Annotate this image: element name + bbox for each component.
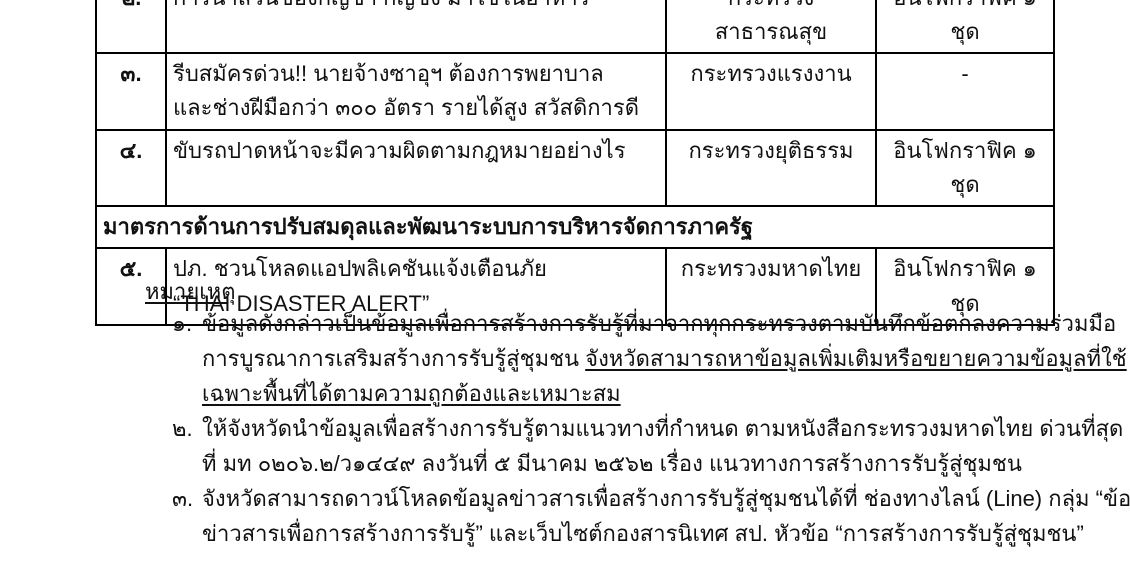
table-row: ๒. การนำส่วนของกัญชา กัญชง มาใช้ในอาหาร … (96, 0, 1054, 53)
ministry-cell: กระทรวงยุติธรรม (666, 130, 876, 206)
topic-line: รีบสมัครด่วน!! นายจ้างซาอุฯ ต้องการพยาบา… (173, 57, 659, 91)
note-line: การบูรณาการเสริมสร้างการรับรู้สู่ชุมชน จ… (202, 341, 1130, 376)
row-number: ๒. (96, 0, 166, 53)
row-number: ๓. (96, 53, 166, 130)
note-line: ข่าวสารเพื่อการสร้างการรับรู้” และเว็บไซ… (202, 516, 1130, 551)
note-line: ให้จังหวัดนำข้อมูลเพื่อสร้างการรับรู้ตาม… (202, 411, 1130, 446)
note-number: ๒. (172, 411, 193, 446)
section-header-row: มาตรการด้านการปรับสมดุลและพัฒนาระบบการบร… (96, 206, 1054, 248)
note-number: ๓. (172, 481, 193, 516)
media-cell: อินโฟกราฟิค ๑ ชุด (876, 130, 1054, 206)
document-page: ๒. การนำส่วนของกัญชา กัญชง มาใช้ในอาหาร … (0, 0, 1130, 580)
note-line: ที่ มท ๐๒๐๖.๒/ว๑๔๔๙ ลงวันที่ ๕ มีนาคม ๒๕… (202, 446, 1130, 481)
note-item: ๒. ให้จังหวัดนำข้อมูลเพื่อสร้างการรับรู้… (172, 411, 1130, 481)
note-item: ๓. จังหวัดสามารถดาวน์โหลดข้อมูลข่าวสารเพ… (172, 481, 1130, 551)
note-text-underlined: จังหวัดสามารถหาข้อมูลเพิ่มเติมหรือขยายคว… (585, 346, 1127, 371)
media-cell: อินโฟกราฟิค ๑ ชุด (876, 0, 1054, 53)
ministry-cell: กระทรวงสาธารณสุข (666, 0, 876, 53)
note-line: ข้อมูลดังกล่าวเป็นข้อมูลเพื่อการสร้างการ… (202, 306, 1130, 341)
note-line: จังหวัดสามารถดาวน์โหลดข้อมูลข่าวสารเพื่อ… (202, 481, 1130, 516)
note-text: การบูรณาการเสริมสร้างการรับรู้สู่ชุมชน (202, 346, 585, 371)
topic-line: ปภ. ชวนโหลดแอปพลิเคชันแจ้งเตือนภัย (173, 252, 659, 286)
note-number: ๑. (172, 306, 192, 341)
table-row: ๓. รีบสมัครด่วน!! นายจ้างซาอุฯ ต้องการพย… (96, 53, 1054, 130)
note-text-underlined: เฉพาะพื้นที่ได้ตามความถูกต้องและเหมาะสม (202, 381, 621, 406)
topic-cell: รีบสมัครด่วน!! นายจ้างซาอุฯ ต้องการพยาบา… (166, 53, 666, 130)
note-item: ๑. ข้อมูลดังกล่าวเป็นข้อมูลเพื่อการสร้าง… (172, 306, 1130, 411)
topic-cell: การนำส่วนของกัญชา กัญชง มาใช้ในอาหาร (166, 0, 666, 53)
media-cell: - (876, 53, 1054, 130)
table-row: ๔. ขับรถปาดหน้าจะมีความผิดตามกฎหมายอย่าง… (96, 130, 1054, 206)
topic-line: ขับรถปาดหน้าจะมีความผิดตามกฎหมายอย่างไร (173, 134, 659, 168)
topic-line: การนำส่วนของกัญชา กัญชง มาใช้ในอาหาร (173, 0, 659, 15)
note-line: เฉพาะพื้นที่ได้ตามความถูกต้องและเหมาะสม (202, 376, 1130, 411)
topic-line: และช่างฝีมือกว่า ๓๐๐ อัตรา รายได้สูง สวั… (173, 91, 659, 125)
ministry-cell: กระทรวงแรงงาน (666, 53, 876, 130)
row-number: ๔. (96, 130, 166, 206)
topic-cell: ขับรถปาดหน้าจะมีความผิดตามกฎหมายอย่างไร (166, 130, 666, 206)
report-table: ๒. การนำส่วนของกัญชา กัญชง มาใช้ในอาหาร … (95, 0, 1055, 326)
section-header: มาตรการด้านการปรับสมดุลและพัฒนาระบบการบร… (96, 206, 1054, 248)
notes-heading: หมายเหตุ (145, 274, 236, 309)
notes-list: ๑. ข้อมูลดังกล่าวเป็นข้อมูลเพื่อการสร้าง… (172, 306, 1130, 551)
